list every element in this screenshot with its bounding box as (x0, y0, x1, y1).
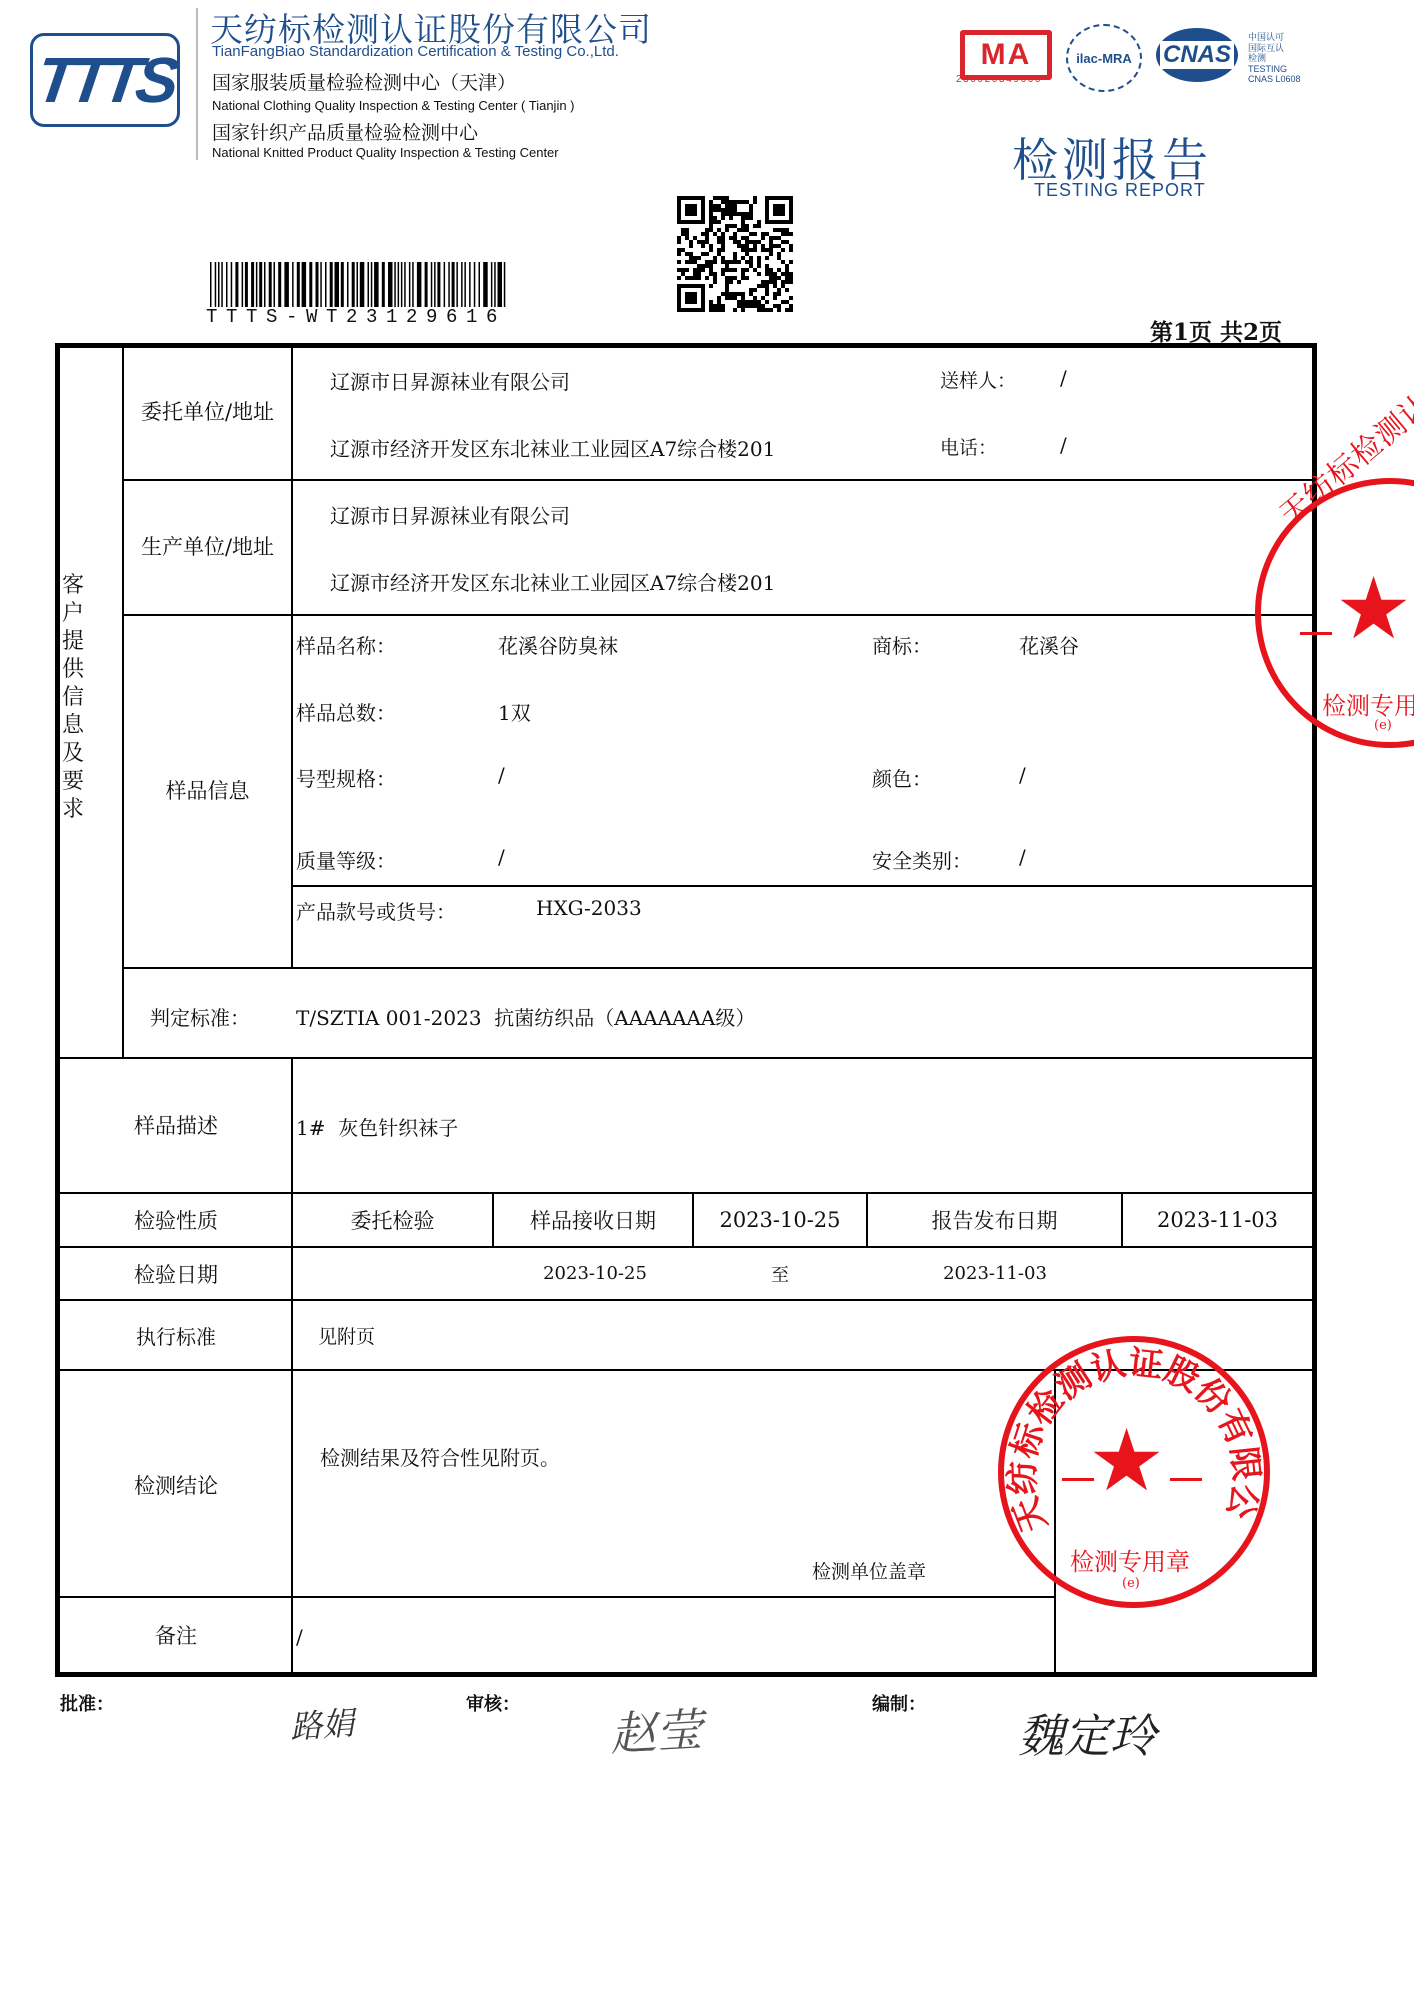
report-title-en: TESTING REPORT (1034, 180, 1206, 201)
seal-ring-text: 天纺标检测认证股份有限公司 (1268, 241, 1414, 534)
review-signature: 赵莹 (608, 1694, 703, 1765)
criteria-value: T/SZTIA 001-2023 抗菌纺织品（AAAAAAA级） (296, 1002, 755, 1031)
sender-value: / (1060, 366, 1067, 390)
received-date-label: 样品接收日期 (494, 1194, 692, 1246)
grade-value: / (498, 845, 505, 869)
conclusion-label: 检测结论 (60, 1460, 292, 1510)
description-value: 1# 灰色针织袜子 (296, 1112, 458, 1141)
issued-date-value: 2023-11-03 (1123, 1194, 1312, 1246)
inspection-date-to: 2023-11-03 (910, 1248, 1080, 1299)
safety-label: 安全类别： (872, 845, 972, 874)
center1-name-cn: 国家服装质量检验检测中心（天津） (212, 68, 516, 95)
ilac-mra-logo-icon: ilac-MRA (1066, 24, 1142, 92)
production-unit-name: 辽源市日昇源袜业有限公司 (330, 500, 570, 529)
sample-name-label: 样品名称： (296, 630, 396, 659)
approve-label: 批准： (60, 1690, 114, 1716)
center2-name-cn: 国家针织产品质量检验检测中心 (212, 118, 478, 145)
company-logo: TTTS (23, 33, 186, 127)
production-unit-label: 生产单位/地址 (124, 516, 291, 576)
inspection-type-value: 委托检验 (293, 1194, 492, 1246)
sample-count-value: 1双 (498, 697, 531, 726)
client-info-vertical-label: 客户提供信息及要求 (58, 572, 88, 824)
standard-value: 见附页 (318, 1322, 375, 1349)
inspection-type-label: 检验性质 (60, 1194, 292, 1246)
remarks-value: / (296, 1625, 303, 1649)
model-label: 号型规格： (296, 763, 396, 792)
commissioning-unit-name: 辽源市日昇源袜业有限公司 (330, 366, 570, 395)
description-label: 样品描述 (60, 1100, 292, 1150)
review-label: 审核： (466, 1690, 520, 1716)
criteria-label: 判定标准： (150, 1002, 250, 1031)
compile-label: 编制： (872, 1690, 926, 1716)
model-value: / (498, 763, 505, 787)
header-divider (196, 8, 198, 160)
grade-label: 质量等级： (296, 845, 396, 874)
center1-name-en: National Clothing Quality Inspection & T… (212, 98, 575, 113)
brand-value: 花溪谷 (1019, 630, 1079, 659)
color-value: / (1019, 763, 1026, 787)
remarks-label: 备注 (60, 1610, 292, 1660)
cnas-logo-icon: CNAS (1156, 28, 1238, 82)
approve-signature: 路娟 (288, 1698, 355, 1748)
sample-count-label: 样品总数： (296, 697, 396, 726)
color-label: 颜色： (872, 763, 932, 792)
qr-code-icon (676, 196, 794, 312)
sample-name-value: 花溪谷防臭袜 (498, 630, 618, 659)
barcode-icon (210, 262, 510, 307)
conclusion-value: 检测结果及符合性见附页。 (320, 1442, 560, 1471)
standard-label: 执行标准 (60, 1301, 292, 1369)
inspection-date-separator: 至 (760, 1248, 800, 1299)
received-date-value: 2023-10-25 (694, 1194, 866, 1246)
cma-logo-icon: MA (960, 30, 1052, 80)
report-number: TTTS-WT23129616 (206, 306, 506, 328)
svg-text:天纺标检测认证股份有限公司: 天纺标检测认证股份有限公司 (981, 1305, 1266, 1538)
sender-label: 送样人： (940, 366, 1016, 393)
inspection-date-label: 检验日期 (60, 1248, 292, 1299)
phone-label: 电话： (940, 433, 997, 460)
commissioning-unit-address: 辽源市经济开发区东北袜业工业园区A7综合楼201 (330, 433, 775, 462)
sample-info-label: 样品信息 (124, 760, 291, 820)
compile-signature: 魏定玲 (1018, 1700, 1156, 1766)
commissioning-unit-label: 委托单位/地址 (124, 381, 291, 441)
stamp-note: 检测单位盖章 (812, 1557, 926, 1584)
center2-name-en: National Knitted Product Quality Inspect… (212, 145, 559, 160)
company-name-en: TianFangBiao Standardization Certificati… (212, 43, 619, 60)
brand-label: 商标： (872, 630, 932, 659)
article-number-value: HXG-2033 (536, 896, 642, 920)
cma-number: 230020349666 (956, 74, 1042, 85)
cnas-accreditation-text: 中国认可 国际互认 检测 TESTING CNAS L0608 (1248, 32, 1301, 85)
article-number-label: 产品款号或货号： (296, 896, 456, 925)
issued-date-label: 报告发布日期 (868, 1194, 1121, 1246)
phone-value: / (1060, 433, 1067, 457)
production-unit-address: 辽源市经济开发区东北袜业工业园区A7综合楼201 (330, 567, 775, 596)
inspection-date-from: 2023-10-25 (510, 1248, 680, 1299)
safety-value: / (1019, 845, 1026, 869)
